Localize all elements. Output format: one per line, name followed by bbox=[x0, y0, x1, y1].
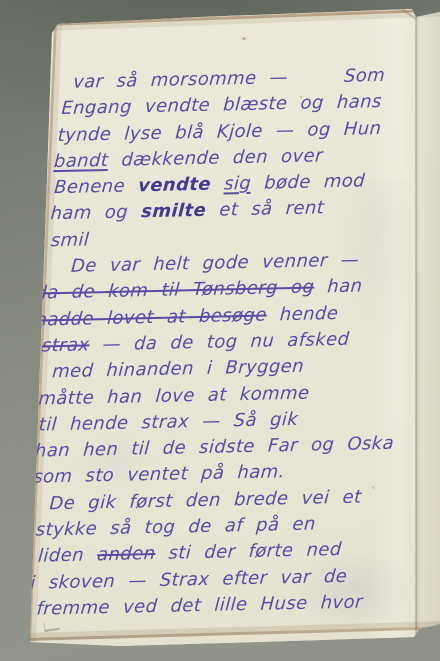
handwritten-text: — da de tog nu afsked bbox=[89, 329, 350, 356]
handwritten-text: De gik først den brede vei et bbox=[49, 486, 362, 514]
handwritten-text: som sto ventet på ham. bbox=[33, 462, 286, 489]
paper-speck bbox=[242, 37, 246, 40]
struck-text: hadde lovet at besøge bbox=[35, 304, 268, 330]
struck-text: da de kom til Tønsberg og bbox=[35, 277, 315, 304]
handwritten-text: var så morsomme — bbox=[72, 67, 288, 93]
handwritten-text: tynde lyse blå Kjole — og Hun bbox=[57, 118, 382, 146]
handwritten-text: stykke så tog de af på en bbox=[35, 514, 316, 541]
struck-text: strax bbox=[41, 334, 90, 356]
handwritten-text: liden bbox=[37, 545, 97, 567]
handwritten-text: med hinanden i Bryggen bbox=[51, 356, 304, 383]
handwritten-text: i skoven — Strax efter var de bbox=[30, 565, 348, 593]
struck-text: anden bbox=[96, 543, 156, 565]
handwritten-text: vendte bbox=[137, 174, 211, 197]
handwritten-text: fremme ved det lille Huse hvor bbox=[36, 591, 364, 619]
handwritten-text: bøde mod bbox=[250, 171, 365, 195]
handwritten-text: smilte bbox=[140, 200, 206, 222]
handwritten-text: hende bbox=[266, 303, 339, 326]
handwritten-text: han hen til de sidste Far og Oska bbox=[34, 433, 394, 462]
handwritten-text: Engang vendte blæste og hans bbox=[61, 91, 383, 119]
handwritten-text: ham og bbox=[50, 202, 142, 225]
handwriting-block: var så morsomme —SomEngang vendte blæste… bbox=[24, 62, 412, 623]
manuscript-page: var så morsomme —SomEngang vendte blæste… bbox=[0, 0, 440, 661]
handwritten-text: smil bbox=[50, 229, 90, 251]
handwritten-text: De var helt gode venner — bbox=[70, 250, 359, 277]
handwritten-text: sti der førte ned bbox=[155, 539, 343, 564]
handwritten-text: Som bbox=[343, 65, 386, 87]
handwritten-text: dækkende den over bbox=[108, 145, 324, 171]
handwritten-text: et så rent bbox=[206, 198, 325, 222]
handwritten-text: sig bbox=[223, 173, 251, 195]
handwritten-text: han bbox=[314, 276, 364, 298]
handwritten-text: bandt bbox=[53, 150, 109, 172]
fold-crease bbox=[415, 8, 417, 640]
fold-shade bbox=[416, 0, 440, 661]
handwritten-text: Benene bbox=[54, 175, 139, 198]
handwritten-text: til hende strax — Så gik bbox=[38, 409, 299, 436]
handwritten-text: måtte han love at komme bbox=[38, 382, 310, 409]
